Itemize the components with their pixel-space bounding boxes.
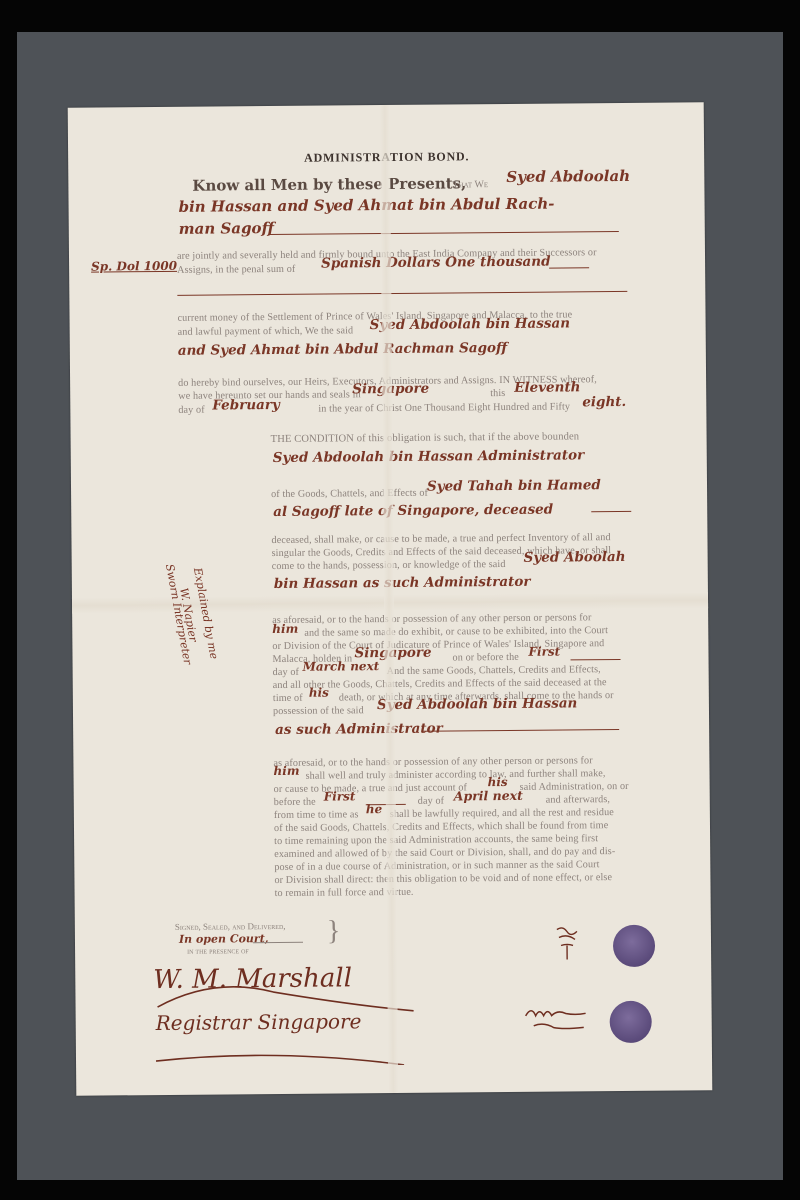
para3-april: April next [454, 788, 523, 804]
para3-line4-prefix: before the [274, 796, 316, 810]
margin-note-amount: Sp. Dol 1000 [91, 259, 177, 274]
document-title: ADMINISTRATION BOND. [304, 149, 469, 165]
side-note-line1: Explained by me [191, 567, 221, 661]
fill-line [591, 511, 631, 513]
wax-seal-2 [610, 1001, 652, 1043]
brace: } [327, 915, 341, 947]
condition-deceased-line2: al Sagoff late of Singapore, deceased [273, 502, 553, 520]
para2-admin-line2: as such Administrator [275, 721, 443, 738]
in-presence-of-label: in the presence of [187, 946, 249, 956]
para1-line3: come to the hands, possession, or knowle… [272, 558, 506, 573]
signed-sealed-label: Signed, Sealed, and Delivered, [175, 921, 286, 932]
witness-place: Singapore [352, 381, 429, 398]
fill-line [253, 942, 303, 943]
in-open-court: In open Court, [179, 932, 269, 946]
document-sheet: ADMINISTRATION BOND. Know all Men by the… [68, 102, 713, 1096]
penal-sum-amount: Spanish Dollars One thousand [321, 254, 551, 272]
payment-line2: and lawful payment of which, We the said [178, 324, 354, 339]
para3-line3-rest: said Administration, on or [520, 780, 629, 794]
fill-line [549, 267, 589, 269]
witness-line3: day of [178, 404, 204, 417]
witness-this: this [490, 387, 505, 400]
para2-admin-line1: Syed Abdoolah bin Hassan [377, 695, 578, 713]
para1-admin-line1: Syed Aboolah [524, 549, 626, 566]
witness-year: eight. [582, 394, 626, 410]
para2-line4-mid: on or before the [452, 651, 519, 665]
para2-line7-prefix: time of [273, 692, 303, 705]
bond-names-line2: bin Hassan and Syed Ahmat bin Abdul Rach… [178, 195, 554, 216]
witness-month: February [212, 397, 280, 414]
condition-deceased-line1: Syed Tahah bin Hamed [427, 477, 601, 495]
fill-line [269, 231, 619, 235]
fill-line [177, 291, 627, 296]
bond-names-line3: man Sagoff [179, 219, 274, 238]
condition-line1: THE CONDITION of this obligation is such… [271, 430, 580, 446]
condition-goods-prefix: of the Goods, Chattels, and Effects of [271, 487, 428, 502]
penal-sum-line2: Assigns, in the penal sum of [177, 263, 295, 277]
fill-line [423, 729, 619, 732]
witness-signature-2: Registrar Singapore [156, 1009, 362, 1035]
para3-him: him [273, 764, 299, 778]
condition-bounden: Syed Abdoolah bin Hassan Administrator [273, 447, 585, 466]
para2-line8: possession of the said [273, 704, 364, 718]
party-signature-2 [522, 1003, 592, 1034]
opening-heading: Know all Men by these Presents, [192, 174, 466, 194]
payment-names-line1: Syed Abdoolah bin Hassan [370, 315, 571, 333]
para3-line4-rest: and afterwards, [546, 793, 610, 807]
wax-seal-1 [613, 925, 655, 967]
para3-he: he [366, 802, 382, 816]
para2-line5-prefix: day of [273, 666, 299, 679]
para3-line5-prefix: from time to time as [274, 808, 359, 822]
payment-names-line2: and Syed Ahmat bin Abdul Rachman Sagoff [178, 340, 507, 359]
witness-day: Eleventh [514, 379, 580, 396]
para1-admin-line2: bin Hassan as such Administrator [274, 574, 531, 592]
party-signature-1 [553, 923, 583, 963]
para3-line4-mid: day of [418, 795, 444, 808]
para2-his: his [309, 686, 329, 700]
fill-line [571, 659, 621, 661]
para2-first: First [528, 645, 560, 659]
that-we-label: That We [452, 179, 488, 190]
para3-line10: or Division shall direct: then this obli… [274, 871, 612, 887]
para3-line11: to remain in full force and virtue. [275, 886, 414, 900]
para2-him: him [272, 622, 298, 636]
para3-first: First [324, 789, 356, 803]
para2-march: March next [303, 659, 380, 674]
bond-names-line1: Syed Abdoolah [506, 167, 630, 186]
witness-year-text: in the year of Christ One Thousand Eight… [318, 400, 570, 415]
